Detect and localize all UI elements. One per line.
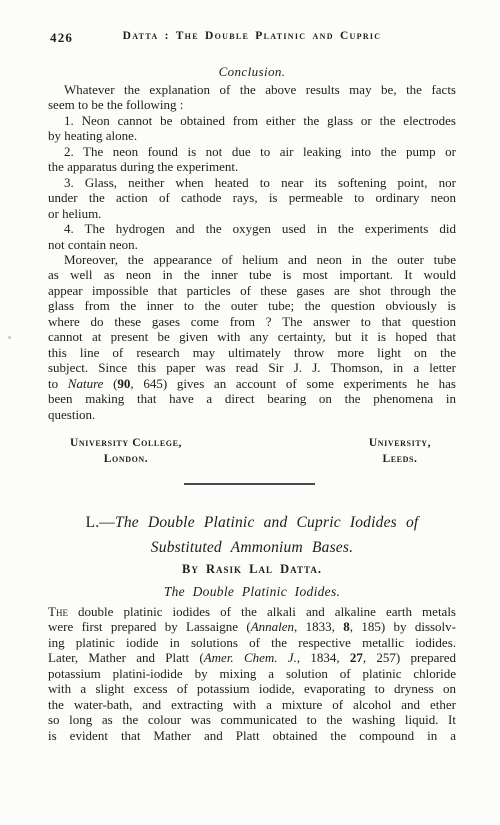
- text-line: were first prepared by Lassaigne (Annale…: [48, 619, 456, 634]
- paragraph: The double platinic iodides of the alkal…: [48, 604, 456, 743]
- signature-left-line2: London.: [66, 451, 186, 467]
- running-head: Datta : The Double Platinic and Cupric: [48, 30, 456, 42]
- signature-left-line1: University College,: [66, 435, 186, 451]
- text-line: 4. The hydrogen and the oxygen used in t…: [48, 221, 456, 236]
- article-title-line1: L.—The Double Platinic and Cupric Iodide…: [48, 510, 456, 535]
- text-line: to Nature (90, 645) gives an account of …: [48, 376, 456, 391]
- text-line: as well as neon in the inner tube is mos…: [48, 267, 456, 282]
- signature-block: University College, London. University, …: [48, 435, 456, 471]
- text-line: been making that have a direct bearing o…: [48, 391, 456, 406]
- text-line: cannot at present be given with any cert…: [48, 329, 456, 344]
- text-line: appear impossible that particles of thes…: [48, 283, 456, 298]
- signature-right: University, Leeds.: [348, 435, 452, 467]
- text-line: subject. Since this paper was read Sir J…: [48, 360, 456, 375]
- text-line: where do these gases come from ? The ans…: [48, 314, 456, 329]
- text-line: Later, Mather and Platt (Amer. Chem. J.,…: [48, 650, 456, 665]
- text-line: Whatever the explanation of the above re…: [48, 82, 456, 97]
- paragraph: Whatever the explanation of the above re…: [48, 82, 456, 113]
- journal-page: 426 Datta : The Double Platinic and Cupr…: [0, 0, 500, 825]
- text-line: the apparatus during the experiment.: [48, 159, 456, 174]
- text-line: Moreover, the appearance of helium and n…: [48, 252, 456, 267]
- text-line: so long as the colour was communicated t…: [48, 712, 456, 727]
- text-line: potassium platini-iodide by mixing a sol…: [48, 666, 456, 681]
- text-line: is evident that Mather and Platt obtaine…: [48, 728, 456, 743]
- signature-left: University College, London.: [66, 435, 186, 467]
- paragraph: 3. Glass, neither when heated to near it…: [48, 175, 456, 221]
- paragraph: 1. Neon cannot be obtained from either t…: [48, 113, 456, 144]
- text-line: by heating alone.: [48, 128, 456, 143]
- conclusion-heading: Conclusion.: [48, 64, 456, 80]
- paragraph: 2. The neon found is not due to air leak…: [48, 144, 456, 175]
- article-byline: By Rasik Lal Datta.: [48, 562, 456, 577]
- signature-right-line1: University,: [348, 435, 452, 451]
- paragraph: Moreover, the appearance of helium and n…: [48, 252, 456, 422]
- text-line: question.: [48, 407, 456, 422]
- article-title-line2: Substituted Ammonium Bases.: [48, 535, 456, 560]
- page-number: 426: [50, 30, 73, 46]
- text-line: seem to be the following :: [48, 97, 456, 112]
- scan-speck: [8, 336, 11, 339]
- text-line: not contain neon.: [48, 237, 456, 252]
- text-line: the water-bath, and extracting with a mi…: [48, 697, 456, 712]
- text-line: or helium.: [48, 206, 456, 221]
- signature-right-line2: Leeds.: [348, 451, 452, 467]
- article-paragraphs: The double platinic iodides of the alkal…: [48, 604, 456, 743]
- text-line: glass from the inner to the outer tube; …: [48, 298, 456, 313]
- page-header: 426 Datta : The Double Platinic and Cupr…: [48, 30, 456, 46]
- paragraph: 4. The hydrogen and the oxygen used in t…: [48, 221, 456, 252]
- text-line: with a slight excess of potassium iodide…: [48, 681, 456, 696]
- text-line: 1. Neon cannot be obtained from either t…: [48, 113, 456, 128]
- section-heading: The Double Platinic Iodides.: [48, 584, 456, 600]
- conclusion-paragraphs: Whatever the explanation of the above re…: [48, 82, 456, 422]
- section-divider: [184, 483, 315, 485]
- text-line: 2. The neon found is not due to air leak…: [48, 144, 456, 159]
- text-line: ing platinic iodide in solutions of the …: [48, 635, 456, 650]
- article-title: L.—The Double Platinic and Cupric Iodide…: [48, 510, 456, 560]
- text-line: this line of research may ultimately thr…: [48, 345, 456, 360]
- text-line: under the action of cathode rays, is per…: [48, 190, 456, 205]
- text-line: The double platinic iodides of the alkal…: [48, 604, 456, 619]
- text-line: 3. Glass, neither when heated to near it…: [48, 175, 456, 190]
